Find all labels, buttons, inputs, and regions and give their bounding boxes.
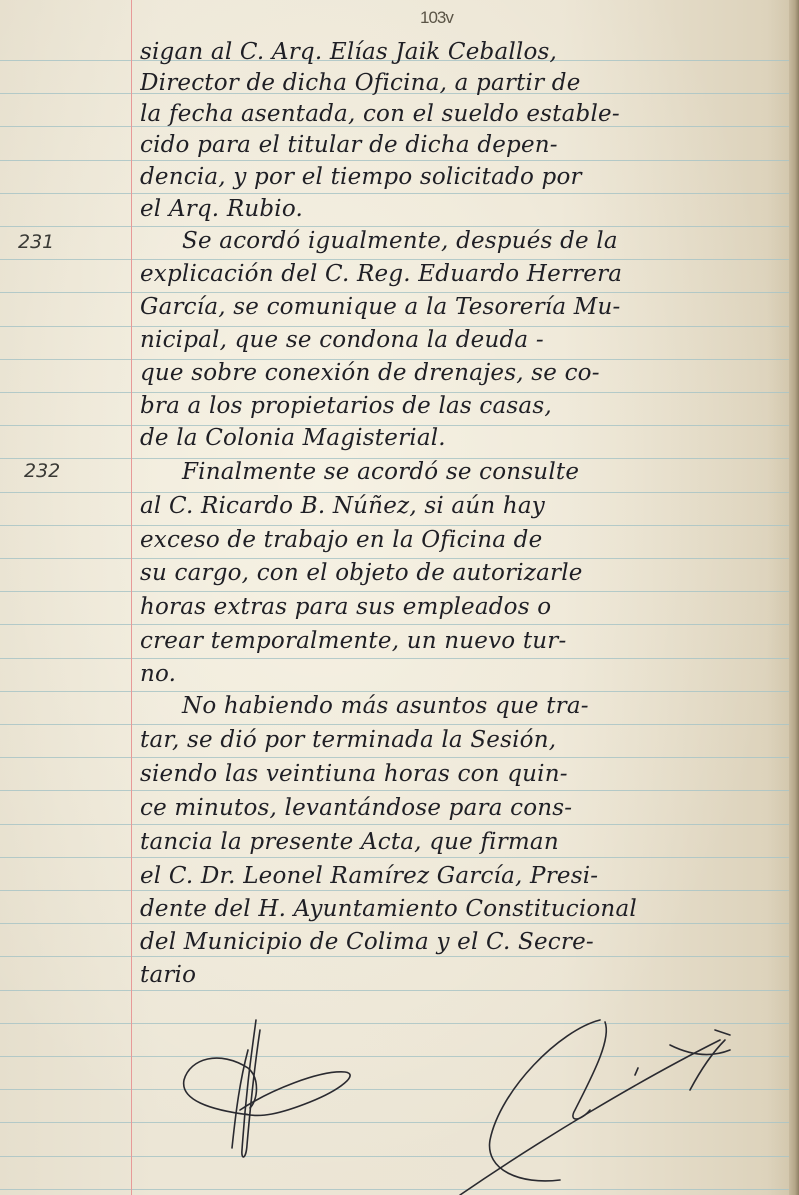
entry-number-232: 232 — [24, 460, 60, 482]
entry-number-231: 231 — [18, 231, 54, 253]
margin-line — [131, 0, 132, 1195]
page-edge — [789, 0, 799, 1195]
ledger-page: 103v 231 232 sigan al C. Arq. Elías Jaik… — [0, 0, 799, 1195]
signature-secretary-icon — [440, 1010, 760, 1195]
folio-number: 103v — [420, 8, 453, 28]
text-line: tario — [140, 955, 785, 995]
signature-president-icon — [170, 1010, 370, 1170]
